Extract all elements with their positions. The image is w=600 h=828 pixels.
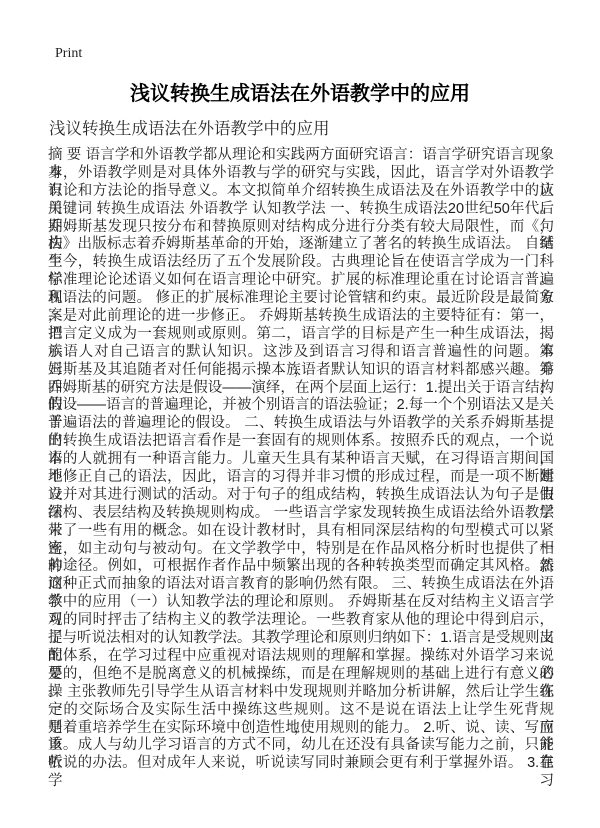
body-line: 这种正式而抽象的语法对语言教育的影响仍然有限。 三、转换生成语法在外语教 bbox=[48, 576, 554, 594]
body-line: 假设——语言的普遍理论，并被个别语言的语法验证；2.每一个个别语法又是关于 bbox=[48, 397, 554, 415]
body-line: 语的人就拥有一种语言能力。儿童天生具有某种语言天赋，在习得语言期间，不断 bbox=[48, 451, 554, 469]
body-line: 连，如主动句与被动句。在文学教学中，特别是在作品风格分析时也提供了一种新 bbox=[48, 541, 554, 559]
body-line: 观的同时抨击了结构主义的教学法理论。一些教育家从他的理论中得到启示，提出 bbox=[48, 612, 554, 630]
body-line: 身，外语教学则是对具体外语教与学的研究与实践，因此，语言学对外语教学有认 bbox=[48, 165, 554, 183]
body-text: 摘 要 语言学和外语教学都从理论和实践两方面研究语言：语言学研究语言现象本身，外… bbox=[48, 147, 554, 773]
body-line: 。 主张教师先引导学生从语言材料中发现规则并略加分析讲解，然后让学生在一 bbox=[48, 684, 554, 702]
body-line: 语言定义成为一套规则或原则。第二，语言学的目标是产生一种生成语法，揭示本 bbox=[48, 326, 554, 344]
print-link[interactable]: Print bbox=[55, 46, 82, 62]
body-line: 构》出版标志着乔姆斯基革命的开始，逐渐建立了著名的转换生成语法。 自诞生 bbox=[48, 236, 554, 254]
body-line: 族语人对自己语言的默认知识。这涉及到语言习得和语言普遍性的问题。第三，乔 bbox=[48, 344, 554, 362]
body-line: 标准理论论述语义如何在语言理论中研究。扩展的标准理论重在讨论语言普遍现象 bbox=[48, 272, 554, 290]
body-line: 是着重培养学生在实际环境中创造性地使用规则的能力。 2.听、说、读、写应该并 bbox=[48, 720, 554, 738]
body-line: 至今，转换生成语法经历了五个发展阶段。古典理论旨在使语言学成为一门科学。 bbox=[48, 254, 554, 272]
article-subtitle: 浅议转换生成语法在外语教学中的应用 bbox=[49, 115, 330, 139]
body-line: 要的，但绝不是脱离意义的机械操练，而是在理解规则的基础上进行有意义的操练 bbox=[48, 666, 554, 684]
document-page: Print 浅议转换生成语法在外语教学中的应用 浅议转换生成语法在外语教学中的应… bbox=[0, 0, 600, 828]
body-line: 关键词 转换生成语法 外语教学 认知教学法 一、转换生成语法20世纪50年代后期… bbox=[48, 201, 554, 219]
page-title: 浅议转换生成语法在外语教学中的应用 bbox=[0, 77, 600, 106]
body-line: 地修正自己的语法，因此，语言的习得并非习惯的形成过程，而是一项不断建立假 bbox=[48, 469, 554, 487]
body-line: 识论和方法论的指导意义。本文拟简单介绍转换生成语法及在外语教学中的应用。 bbox=[48, 183, 554, 201]
body-line: 摘 要 语言学和外语教学都从理论和实践两方面研究语言：语言学研究语言现象本 bbox=[48, 147, 554, 165]
body-line: 和语法的问题。 修正的扩展标准理论主要讨论管辖和约束。最近阶段是最简方案 bbox=[48, 290, 554, 308]
body-line: ，是对此前理论的进一步修正。 乔姆斯基转换生成语法的主要特征有：第一，把 bbox=[48, 308, 554, 326]
body-line: 学中的应用（一）认知教学法的理论和原则。 乔姆斯基在反对结构主义语言学习 bbox=[48, 594, 554, 612]
body-line: 乔姆斯基的研究方法是假设——演绎，在两个层面上运行：1.提出关于语言结构的 bbox=[48, 380, 554, 398]
body-line: 听说的办法。但对成年人来说，听说读写同时兼顾会更有利于掌握外语。 3.在学习 bbox=[48, 755, 554, 773]
body-line: 的转换生成语法把语言看作是一套固有的规则体系。按照乔氏的观点，一个说本国 bbox=[48, 433, 554, 451]
body-line: 普遍语法的普遍理论的假设。 二、转换生成语法与外语教学的关系乔姆斯基提出 bbox=[48, 415, 554, 433]
body-line: 姆斯基及其追随者对任何能揭示操本族语者默认知识的语言材料都感兴趣。第四， bbox=[48, 362, 554, 380]
body-line: 的体系，在学习过程中应重视对语法规则的理解和掌握。操练对外语学习来说是必 bbox=[48, 648, 554, 666]
body-line: 重。成人与幼儿学习语言的方式不同，幼儿在还没有具备读写能力之前，只能依靠 bbox=[48, 737, 554, 755]
body-line: 来了一些有用的概念。如在设计教材时，具有相同深层结构的句型模式可以紧密相 bbox=[48, 523, 554, 541]
body-line: 乔姆斯基发现只按分布和替换原则对结构成分进行分类有较大局限性，而《句法结 bbox=[48, 219, 554, 237]
body-line: 定的交际场合及实际生活中操练这些规则。这不是说在语法上让学生死背规则，而 bbox=[48, 702, 554, 720]
body-line: 的途径。例如，可根据作者作品中频繁出现的各种转换类型而确定其风格。然而， bbox=[48, 558, 554, 576]
body-line: 了与听说法相对的认知教学法。其教学理论和原则归纳如下：1.语言是受规则支配 bbox=[48, 630, 554, 648]
body-line: 结构、表层结构及转换规则构成。 一些语言学家发现转换生成语法给外语教学带 bbox=[48, 505, 554, 523]
body-line: 设并对其进行测试的活动。对于句子的组成结构，转换生成语法认为句子是由深层 bbox=[48, 487, 554, 505]
